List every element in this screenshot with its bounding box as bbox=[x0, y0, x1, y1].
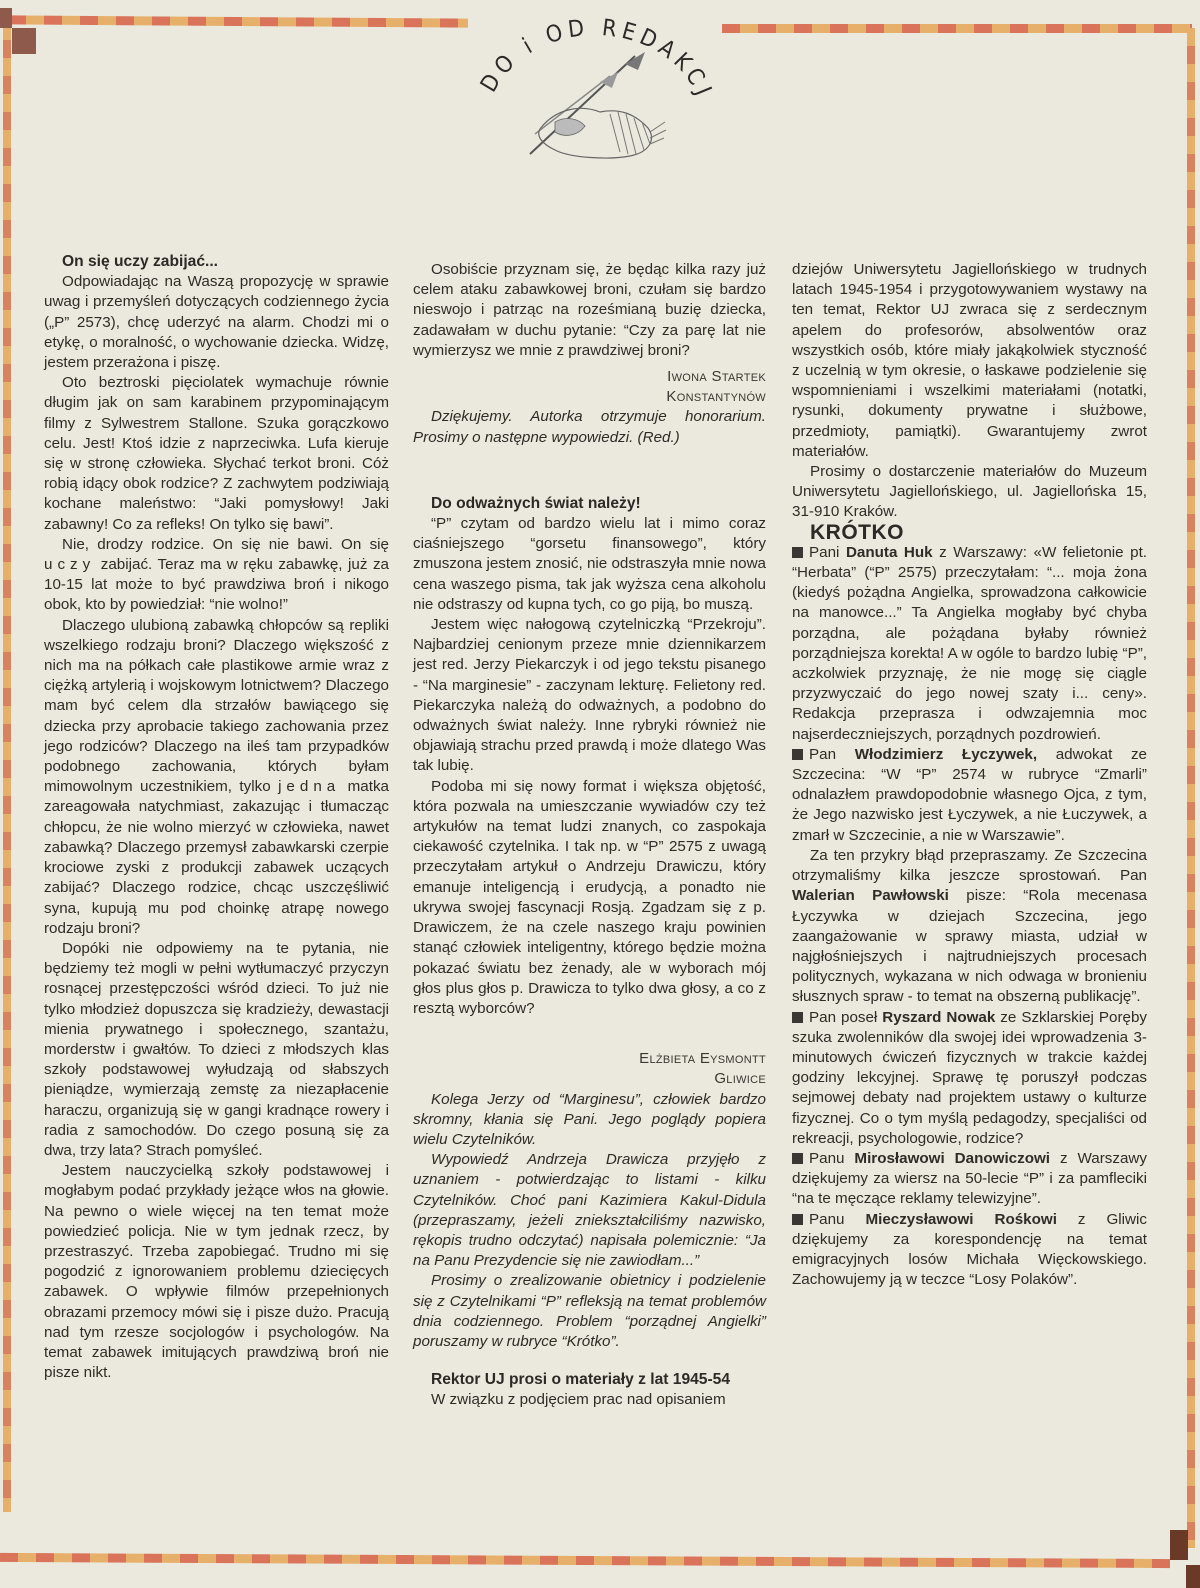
text-run: zabijać. Teraz ma w ręku zabawkę, już za… bbox=[44, 556, 389, 613]
paragraph: “P” czytam od bardzo wielu lat i mimo co… bbox=[413, 514, 766, 615]
top-border-right bbox=[722, 24, 1192, 33]
editorial-note: Kolega Jerzy od “Marginesu”, człowiek ba… bbox=[413, 1090, 766, 1151]
article-heading: Do odważnych świat należy! bbox=[413, 494, 766, 514]
paragraph: Nie, drodzy rodzice. On się nie bawi. On… bbox=[44, 535, 389, 616]
corner-block-bottom-right-outer bbox=[1186, 1565, 1200, 1588]
paragraph: Dopóki nie odpowiemy na te pytania, nie … bbox=[44, 939, 389, 1161]
text-run: matka zareagowała natychmiast, zakazując… bbox=[44, 778, 389, 936]
person-name: Włodzimierz Łyczywek, bbox=[855, 746, 1037, 763]
news-item: Panu Mieczysławowi Rośkowi z Gliwic dzię… bbox=[792, 1210, 1147, 1291]
signature-name: Iwona Startek bbox=[413, 367, 766, 387]
text-run: Panu bbox=[809, 1150, 854, 1167]
text-run: ze Szklarskiej Poręby szuka zwolenników … bbox=[792, 1009, 1147, 1147]
paragraph: W związku z podjęciem prac nad opisaniem bbox=[413, 1390, 766, 1410]
quill-pen-hand-icon: DO i OD REDAKCJI bbox=[460, 4, 730, 164]
editorial-note: Dziękujemy. Autorka otrzymuje honorarium… bbox=[413, 407, 766, 447]
emphasis-spaced: jedna bbox=[278, 778, 340, 795]
person-name: Ryszard Nowak bbox=[882, 1009, 995, 1026]
text-run: Dlaczego ulubioną zabawką chłopców są re… bbox=[44, 617, 389, 796]
text-run: pisze: “Rola mecenasa Łyczywka w dziejac… bbox=[792, 887, 1147, 1005]
text-run: Pan poseł bbox=[809, 1009, 882, 1026]
right-border bbox=[1187, 28, 1195, 1548]
column-1: On się uczy zabijać... Odpowiadając na W… bbox=[44, 252, 389, 1383]
column-2: Osobiście przyznam się, że będąc kilka r… bbox=[413, 260, 766, 1411]
editorial-note: Prosimy o zrealizowanie obietnicy i podz… bbox=[413, 1271, 766, 1352]
paragraph: Oto beztroski pięciolatek wymachuje równ… bbox=[44, 373, 389, 535]
person-name: Mirosławowi Danowiczowi bbox=[854, 1150, 1050, 1167]
person-name: Walerian Pawłowski bbox=[792, 887, 949, 904]
paragraph: Jestem nauczycielką szkoły podstawowej i… bbox=[44, 1161, 389, 1383]
paragraph: Jestem więc nałogową czytelniczką “Przek… bbox=[413, 615, 766, 777]
news-item: Panu Mirosławowi Danowiczowi z Warszawy … bbox=[792, 1149, 1147, 1210]
paragraph: Odpowiadając na Waszą propozycję w spraw… bbox=[44, 272, 389, 373]
signature-city: Gliwice bbox=[413, 1069, 766, 1089]
text-run: Nie, drodzy rodzice. On się nie bawi. On… bbox=[62, 536, 389, 553]
paragraph: Osobiście przyznam się, że będąc kilka r… bbox=[413, 260, 766, 361]
person-name: Mieczysławowi Rośkowi bbox=[865, 1211, 1056, 1228]
section-emblem: DO i OD REDAKCJI bbox=[460, 4, 730, 164]
text-run: Panu bbox=[809, 1211, 865, 1228]
paragraph: Podoba mi się nowy format i większa obję… bbox=[413, 777, 766, 1019]
left-border bbox=[3, 22, 11, 1512]
signature-name: Elżbieta Eysmontt bbox=[413, 1049, 766, 1069]
square-bullet-icon bbox=[792, 1012, 803, 1023]
section-title: DO i OD REDAKCJI bbox=[460, 4, 718, 104]
editorial-note: Wypowiedź Andrzeja Drawicza przyjęło z u… bbox=[413, 1150, 766, 1271]
news-item: Pan poseł Ryszard Nowak ze Szklarskiej P… bbox=[792, 1008, 1147, 1149]
text-run: Pan bbox=[809, 746, 855, 763]
column-3: dziejów Uniwersytetu Jagiellońskiego w t… bbox=[792, 260, 1147, 1290]
corner-block-bottom-right bbox=[1170, 1530, 1188, 1560]
signature-city: Konstantynów bbox=[413, 387, 766, 407]
square-bullet-icon bbox=[792, 749, 803, 760]
article-heading: On się uczy zabijać... bbox=[44, 252, 389, 272]
square-bullet-icon bbox=[792, 1153, 803, 1164]
text-run: Pani bbox=[809, 544, 846, 561]
paragraph: Prosimy o dostarczenie materiałów do Muz… bbox=[792, 462, 1147, 523]
news-item: Pan Włodzimierz Łyczywek, adwokat ze Szc… bbox=[792, 745, 1147, 846]
emphasis-spaced: uczy bbox=[44, 556, 95, 573]
text-run: Za ten przykry błąd przepraszamy. Ze Szc… bbox=[792, 847, 1147, 884]
person-name: Danuta Huk bbox=[846, 544, 933, 561]
paragraph: Za ten przykry błąd przepraszamy. Ze Szc… bbox=[792, 846, 1147, 1008]
news-item: Pani Danuta Huk z Warszawy: «W felietoni… bbox=[792, 543, 1147, 745]
section-heading-krotko: KRÓTKO bbox=[792, 523, 1147, 543]
square-bullet-icon bbox=[792, 1214, 803, 1225]
article-heading: Rektor UJ prosi o materiały z lat 1945-5… bbox=[413, 1370, 766, 1390]
paragraph: dziejów Uniwersytetu Jagiellońskiego w t… bbox=[792, 260, 1147, 462]
square-bullet-icon bbox=[792, 547, 803, 558]
corner-block-top-left bbox=[0, 8, 12, 28]
text-run: z Warszawy: «W felietonie pt. “Herbata” … bbox=[792, 544, 1147, 743]
svg-text:DO i OD REDAKCJI: DO i OD REDAKCJI bbox=[460, 4, 718, 104]
corner-block-top-left-inner bbox=[12, 28, 36, 54]
paragraph: Dlaczego ulubioną zabawką chłopców są re… bbox=[44, 616, 389, 939]
